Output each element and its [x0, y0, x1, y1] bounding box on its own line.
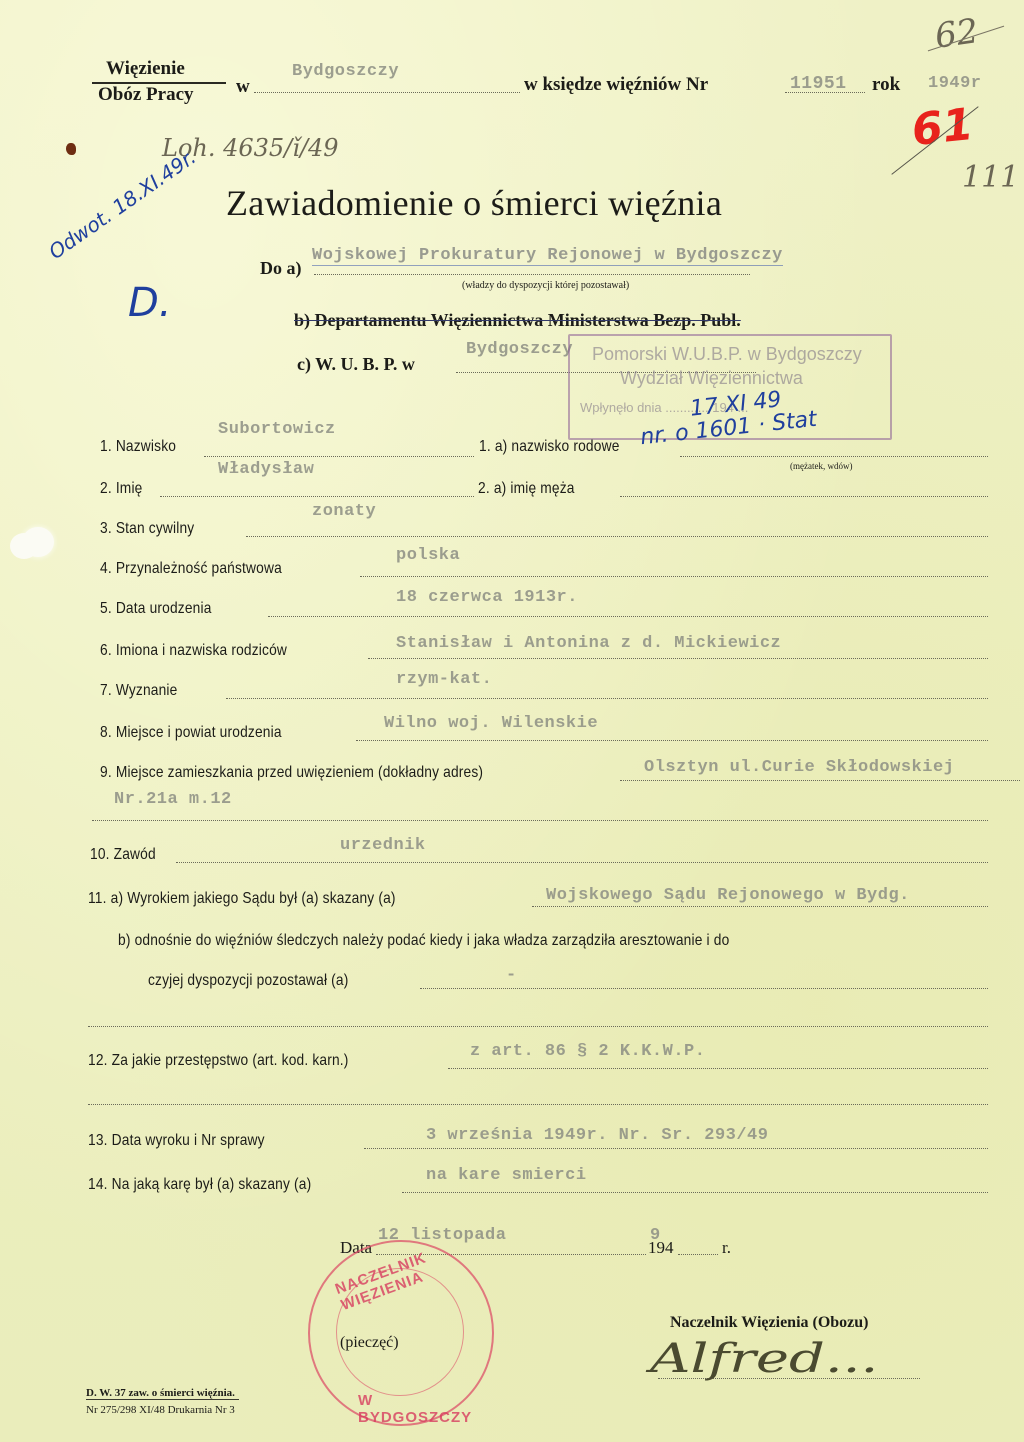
field-marital-status-value: zonaty [312, 502, 376, 521]
rust-stain [66, 143, 76, 155]
date-year-line [678, 1254, 718, 1255]
field-sentence-line [402, 1192, 988, 1193]
form-code: D. W. 37 zaw. o śmierci więźnia. [86, 1387, 239, 1400]
field-nationality-line [360, 576, 988, 577]
field-residence-line [620, 780, 1020, 781]
field-sentence-value: na kare smierci [426, 1166, 587, 1185]
field-birth-date-value: 18 czerwca 1913r. [396, 588, 578, 607]
recipient-b-label: b) Departamentu Więziennictwa Ministerst… [294, 310, 741, 331]
signature: Alfred... [650, 1336, 878, 1382]
field-first-name-line [160, 496, 474, 497]
print-info: Nr 275/298 XI/48 Drukarnia Nr 3 [86, 1404, 235, 1416]
recipient-c-label: c) W. U. B. P. w [297, 354, 415, 375]
field-detention-line [420, 988, 988, 989]
field-detention-value: - [506, 966, 517, 985]
pencil-page-number: 62 [932, 11, 980, 57]
register-label: w księdze więźniów Nr [524, 74, 708, 96]
institution-type-prison: Więzienie [106, 58, 185, 80]
field-birth-date-line [268, 616, 988, 617]
field-detention-line-2 [88, 1026, 988, 1027]
field-court-value: Wojskowego Sądu Rejonowego w Bydg. [546, 886, 910, 905]
institution-type-camp: Obóz Pracy [98, 84, 194, 106]
field-birthplace-value: Wilno woj. Wilenskie [384, 714, 598, 733]
field-religion-line [226, 698, 988, 699]
field-offense-label: 12. Za jakie przestępstwo (art. kod. kar… [88, 1052, 349, 1070]
punch-hole [22, 527, 54, 557]
field-verdict-date-label: 13. Data wyroku i Nr sprawy [88, 1132, 265, 1150]
register-number: 11951 [790, 74, 847, 94]
stamp-line-1: Pomorski W.U.B.P. w Bydgoszczy [592, 344, 862, 365]
field-residence-value: Olsztyn ul.Curie Skłodowskiej [644, 758, 954, 777]
field-parents-value: Stanisław i Antonina z d. Mickiewicz [396, 634, 781, 653]
field-sentence-label: 14. Na jaką karę był (a) skazany (a) [88, 1176, 311, 1194]
field-birth-date-label: 5. Data urodzenia [100, 600, 212, 618]
field-court-label: 11. a) Wyrokiem jakiego Sądu był (a) ska… [88, 890, 396, 908]
field-verdict-date-value: 3 września 1949r. Nr. Sr. 293/49 [426, 1126, 768, 1145]
field-offense-line [448, 1068, 988, 1069]
official-seal: NACZELNIK WIĘZIENIA W BYDGOSZCZY [308, 1240, 494, 1426]
signatory-title: Naczelnik Więzienia (Obozu) [670, 1314, 869, 1332]
field-verdict-date-line [364, 1148, 988, 1149]
field-marital-status-line [246, 536, 988, 537]
field-birthplace-line [356, 740, 988, 741]
in-label: w [236, 76, 250, 98]
field-offense-value: z art. 86 § 2 K.K.W.P. [470, 1042, 705, 1061]
year-value: 1949r [928, 74, 982, 93]
field-occupation-line [176, 862, 988, 863]
field-maiden-name-label: 1. a) nazwisko rodowe [479, 438, 620, 456]
field-offense-line-2 [88, 1104, 988, 1105]
location-value: Bydgoszczy [292, 62, 399, 81]
field-surname-value: Subortowicz [218, 420, 336, 439]
recipient-a-label: Do a) [260, 258, 302, 279]
page-title: Zawiadomienie o śmierci więźnia [226, 182, 722, 224]
field-court-line [532, 906, 988, 907]
field-first-name-label: 2. Imię [100, 480, 143, 498]
field-parents-line [368, 658, 988, 659]
field-maiden-name-line [680, 456, 988, 457]
field-nationality-label: 4. Przynależność państwowa [100, 560, 282, 578]
field-husband-name-label: 2. a) imię męża [478, 480, 575, 498]
field-residence-label: 9. Miejsce zamieszkania przed uwięzienie… [100, 764, 483, 782]
field-occupation-label: 10. Zawód [90, 846, 156, 864]
date-year-suffix: r. [722, 1238, 731, 1258]
pencil-ticks: 111 [962, 160, 1019, 195]
field-marital-status-label: 3. Stan cywilny [100, 520, 194, 538]
field-first-name-value: Władysław [218, 460, 314, 479]
year-label: rok [872, 74, 900, 96]
field-husband-name-line [620, 496, 988, 497]
blue-handwritten-note: Odwot. 18.XI.49r. [44, 145, 200, 264]
field-residence-line-2 [92, 820, 988, 821]
field-religion-value: rzym-kat. [396, 670, 492, 689]
blue-initial: D. [128, 280, 172, 326]
seal-label: (pieczęć) [340, 1334, 399, 1352]
recipient-a-value: Wojskowej Prokuratury Rejonowej w Bydgos… [312, 246, 783, 266]
location-line [254, 92, 520, 93]
field-occupation-value: urzednik [340, 836, 426, 855]
stamp-line-2: Wydział Więziennictwa [620, 368, 803, 389]
field-maiden-name-hint: (mężatek, wdów) [790, 461, 852, 471]
recipient-a-hint: (władzy do dyspozycji której pozostawał) [462, 280, 629, 291]
date-year-digit: 9 [650, 1226, 661, 1245]
field-detention-label-continued: czyjej dyspozycji pozostawał (a) [148, 972, 349, 990]
recipient-c-value: Bydgoszczy [466, 340, 573, 359]
field-surname-line [204, 456, 474, 457]
field-religion-label: 7. Wyznanie [100, 682, 177, 700]
field-birthplace-label: 8. Miejsce i powiat urodzenia [100, 724, 282, 742]
field-parents-label: 6. Imiona i nazwiska rodziców [100, 642, 287, 660]
recipient-a-line [314, 274, 750, 275]
field-residence-value-continued: Nr.21a m.12 [114, 790, 232, 809]
field-surname-label: 1. Nazwisko [100, 438, 176, 456]
red-page-number: 61 [910, 99, 976, 156]
field-nationality-value: polska [396, 546, 460, 565]
seal-text-bottom: W BYDGOSZCZY [358, 1392, 492, 1426]
field-detention-label: b) odnośnie do więźniów śledczych należy… [118, 932, 729, 950]
